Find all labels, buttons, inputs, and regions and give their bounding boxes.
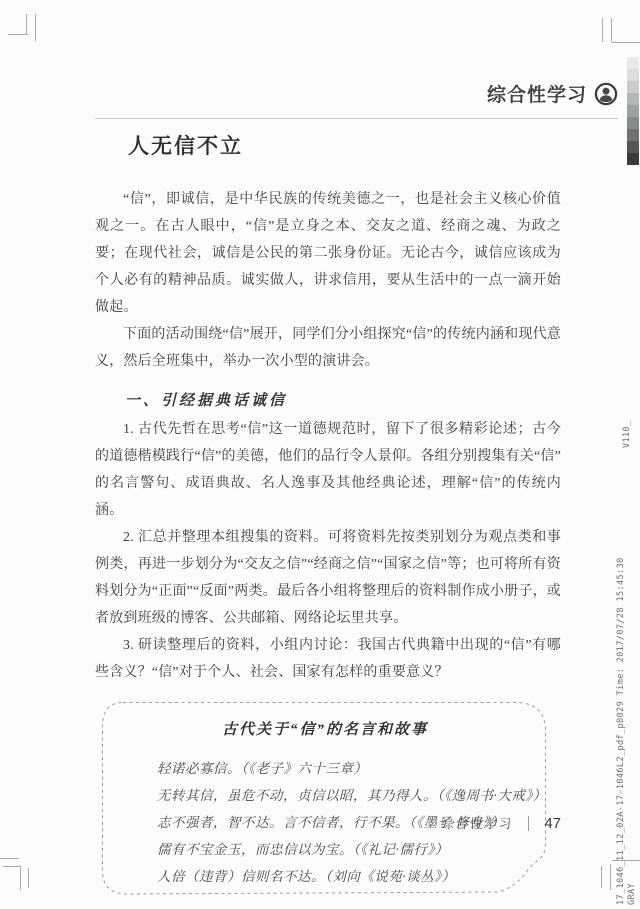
page-header: 综合性学习: [95, 80, 618, 107]
activity-item: 1. 古代先哲在思考“信”这一道德规范时，留下了很多精彩论述；古今的道德楷模践行…: [95, 416, 561, 524]
activity-item: 2. 汇总并整理本组搜集的资料。可将资料先按类别划分为观点类和事例类，再进一步划…: [95, 524, 561, 632]
crop-mark: [8, 34, 28, 35]
textbook-page: V110_ 17_1046_11_12_02A-17-1046L2_pdf_p0…: [0, 0, 640, 909]
quote-box: 古代关于“信”的名言和故事 轻诺必寡信。（《老子》六十三章） 无转其信，虽危不动…: [101, 701, 549, 897]
activity-item: 3. 研读整理后的资料，小组内讨论：我国古代典籍中出现的“信”有哪些含义？“信”…: [95, 632, 561, 686]
print-side-code-line2: GRAY: [627, 557, 638, 905]
page-content: “信”，即诚信，是中华民族的传统美德之一，也是社会主义核心价值观之一。在古人眼中…: [95, 186, 561, 897]
activity-section-heading: 一、引经据典话诚信: [95, 389, 561, 410]
crop-mark: [611, 18, 612, 42]
grayscale-cell: [627, 105, 639, 117]
print-side-code-line1: 17_1046_11_12_02A-17-1046L2_pdf_p0029 Ti…: [616, 557, 627, 905]
crop-mark: [35, 14, 36, 41]
crop-mark: [602, 18, 603, 42]
quote-line: 无转其信，虽危不动，贞信以昭，其乃得人。（《逸周书·大戒》）: [157, 782, 549, 809]
print-version-code: V110_: [622, 420, 633, 448]
crop-mark: [28, 868, 29, 888]
header-divider: [95, 118, 618, 119]
footer-divider: [528, 816, 529, 831]
quote-line: 人倍（违背）信则名不达。（刘向《说苑·谈丛》）: [157, 863, 549, 890]
page-number: 47: [544, 815, 561, 832]
page-footer: 综合性学习 47: [95, 814, 561, 832]
grayscale-cell: [627, 117, 639, 129]
quote-box-title: 古代关于“信”的名言和故事: [101, 701, 549, 739]
intro-paragraph: 下面的活动围绕“信”展开，同学们分小组探究“信”的传统内涵和现代意义，然后全班集…: [95, 321, 561, 375]
grayscale-cell: [627, 81, 639, 93]
grayscale-calibration-strip: [627, 57, 639, 165]
crop-mark: [26, 14, 27, 35]
quote-line: 轻诺必寡信。（《老子》六十三章）: [157, 755, 549, 782]
intro-paragraph: “信”，即诚信，是中华民族的传统美德之一，也是社会主义核心价值观之一。在古人眼中…: [95, 186, 561, 321]
footer-section-label: 综合性学习: [441, 814, 514, 832]
grayscale-cell: [627, 141, 639, 153]
grayscale-cell: [627, 57, 639, 69]
crop-mark: [20, 866, 21, 890]
print-side-code: 17_1046_11_12_02A-17-1046L2_pdf_p0029 Ti…: [616, 557, 638, 905]
grayscale-cell: [627, 153, 639, 165]
quote-line: 儒有不宝金玉，而忠信以为宝。（《礼记·儒行》）: [157, 836, 549, 863]
grayscale-cell: [627, 129, 639, 141]
crop-mark: [612, 42, 640, 43]
crop-mark: [610, 864, 611, 890]
page-title: 人无信不立: [128, 130, 243, 160]
crop-mark: [3, 866, 20, 867]
crop-mark: [0, 858, 19, 859]
person-icon: [594, 82, 618, 106]
grayscale-cell: [627, 69, 639, 81]
crop-mark: [601, 866, 602, 888]
grayscale-cell: [627, 93, 639, 105]
section-label: 综合性学习: [487, 80, 587, 107]
